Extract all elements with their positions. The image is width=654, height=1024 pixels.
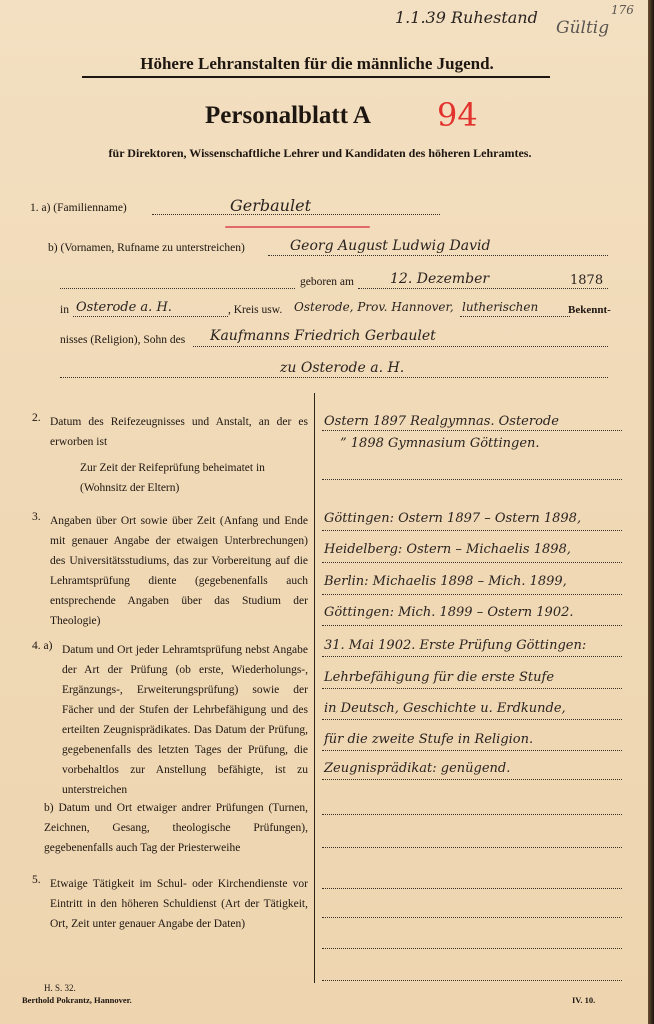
family-name-label: 1. a) (Familienname) xyxy=(30,202,127,214)
born-line xyxy=(358,288,608,289)
section3-line-2 xyxy=(322,562,622,563)
born-year-value[interactable]: 1878 xyxy=(570,273,603,288)
blank-line xyxy=(60,288,295,289)
institution-heading: Höhere Lehranstalten für die männliche J… xyxy=(82,54,552,74)
section2-entry-1[interactable]: Ostern 1897 Realgymnas. Osterode xyxy=(324,414,559,429)
kreis-value[interactable]: Osterode, Prov. Hannover, xyxy=(294,300,454,314)
section2-sublabel: Zur Zeit der Reifeprüfung beheimatet in … xyxy=(80,458,280,498)
section4b-line-1 xyxy=(322,814,622,815)
section2-line-1 xyxy=(322,430,622,431)
red-underline xyxy=(225,226,370,228)
section2-line-2 xyxy=(322,479,622,480)
section5-line-1 xyxy=(322,888,622,889)
form-subtitle: für Direktoren, Wissenschaftliche Lehrer… xyxy=(30,146,610,161)
section2-number: 2. xyxy=(32,412,41,424)
section4-line-3 xyxy=(322,719,622,720)
given-names-value[interactable]: Georg August Ludwig David xyxy=(290,238,490,254)
section3-line-3 xyxy=(322,594,622,595)
section3-entry-4[interactable]: Göttingen: Mich. 1899 – Ostern 1902. xyxy=(324,605,574,620)
section5-label: Etwaige Tätigkeit im Schul- oder Kirchen… xyxy=(50,874,308,934)
father-line-2 xyxy=(60,377,608,378)
birthplace-value[interactable]: Osterode a. H. xyxy=(76,300,172,315)
religion-father-label: nisses (Religion), Sohn des xyxy=(60,334,185,346)
section4-entry-5[interactable]: Zeugnisprädikat: genügend. xyxy=(324,761,510,776)
form-code: H. S. 32. xyxy=(44,983,76,993)
father-value[interactable]: Kaufmanns Friedrich Gerbaulet xyxy=(210,328,436,344)
section3-entry-2[interactable]: Heidelberg: Ostern – Michaelis 1898, xyxy=(324,542,571,557)
religion-value[interactable]: lutherischen xyxy=(462,300,538,314)
section4-line-1 xyxy=(322,656,622,657)
born-label: geboren am xyxy=(300,276,354,288)
father-place-value[interactable]: zu Osterode a. H. xyxy=(280,360,404,376)
section3-number: 3. xyxy=(32,511,41,523)
section4-entry-4[interactable]: für die zweite Stufe in Religion. xyxy=(324,732,533,747)
edition-code: IV. 10. xyxy=(572,995,595,1005)
retirement-note: 1.1.39 Ruhestand xyxy=(395,8,538,27)
section3-line-4 xyxy=(322,625,622,626)
column-divider xyxy=(314,393,315,983)
section4b-label: b) Datum und Ort etwaiger andrer Prüfung… xyxy=(44,798,308,858)
page-number: 176 xyxy=(611,3,634,17)
section3-entry-3[interactable]: Berlin: Michaelis 1898 – Mich. 1899, xyxy=(324,574,567,589)
section4-line-2 xyxy=(322,688,622,689)
section3-entry-1[interactable]: Göttingen: Ostern 1897 – Ostern 1898, xyxy=(324,511,581,526)
printer-imprint: Berthold Pokrantz, Hannover. xyxy=(22,995,132,1005)
section3-line-1 xyxy=(322,530,622,531)
section5-line-4 xyxy=(322,980,622,981)
kreis-label: , Kreis usw. xyxy=(228,304,282,316)
section2-label: Datum des Reifezeugnisses und Anstalt, a… xyxy=(50,412,308,452)
section4-entry-1[interactable]: 31. Mai 1902. Erste Prüfung Göttingen: xyxy=(324,638,586,653)
section5-line-2 xyxy=(322,917,622,918)
section4-entry-2[interactable]: Lehrbefähigung für die erste Stufe xyxy=(324,670,554,685)
section4-number: 4. a) xyxy=(32,640,52,652)
section5-number: 5. xyxy=(32,874,41,886)
section4-entry-3[interactable]: in Deutsch, Geschichte u. Erdkunde, xyxy=(324,701,566,716)
form-title: Personalblatt A xyxy=(205,102,371,130)
father-line xyxy=(193,346,608,347)
section2-entry-2[interactable]: ” 1898 Gymnasium Göttingen. xyxy=(340,436,540,451)
given-names-line xyxy=(268,255,608,256)
place-line xyxy=(73,316,228,317)
sheet-number: 94 xyxy=(437,96,478,134)
page-edge-shadow xyxy=(648,0,654,1024)
section5-line-3 xyxy=(322,948,622,949)
section3-label: Angaben über Ort sowie über Zeit (Anfang… xyxy=(50,511,308,631)
bekennt-label: Bekennt- xyxy=(568,304,611,316)
section4-line-5 xyxy=(322,779,622,780)
section4-line-4 xyxy=(322,750,622,751)
religion-line xyxy=(460,316,570,317)
heading-underline xyxy=(82,76,550,78)
document-page: 1.1.39 Ruhestand Gültig 176 Höhere Lehra… xyxy=(0,0,648,1024)
section4b-line-2 xyxy=(322,847,622,848)
born-date-value[interactable]: 12. Dezember xyxy=(390,271,489,287)
given-names-label: b) (Vornamen, Rufname zu unterstreichen) xyxy=(48,242,245,254)
pencil-note: Gültig xyxy=(556,18,609,38)
in-label: in xyxy=(60,304,69,316)
family-name-value[interactable]: Gerbaulet xyxy=(230,196,311,215)
section4a-label: Datum und Ort jeder Lehramtsprüfung nebs… xyxy=(62,640,308,800)
